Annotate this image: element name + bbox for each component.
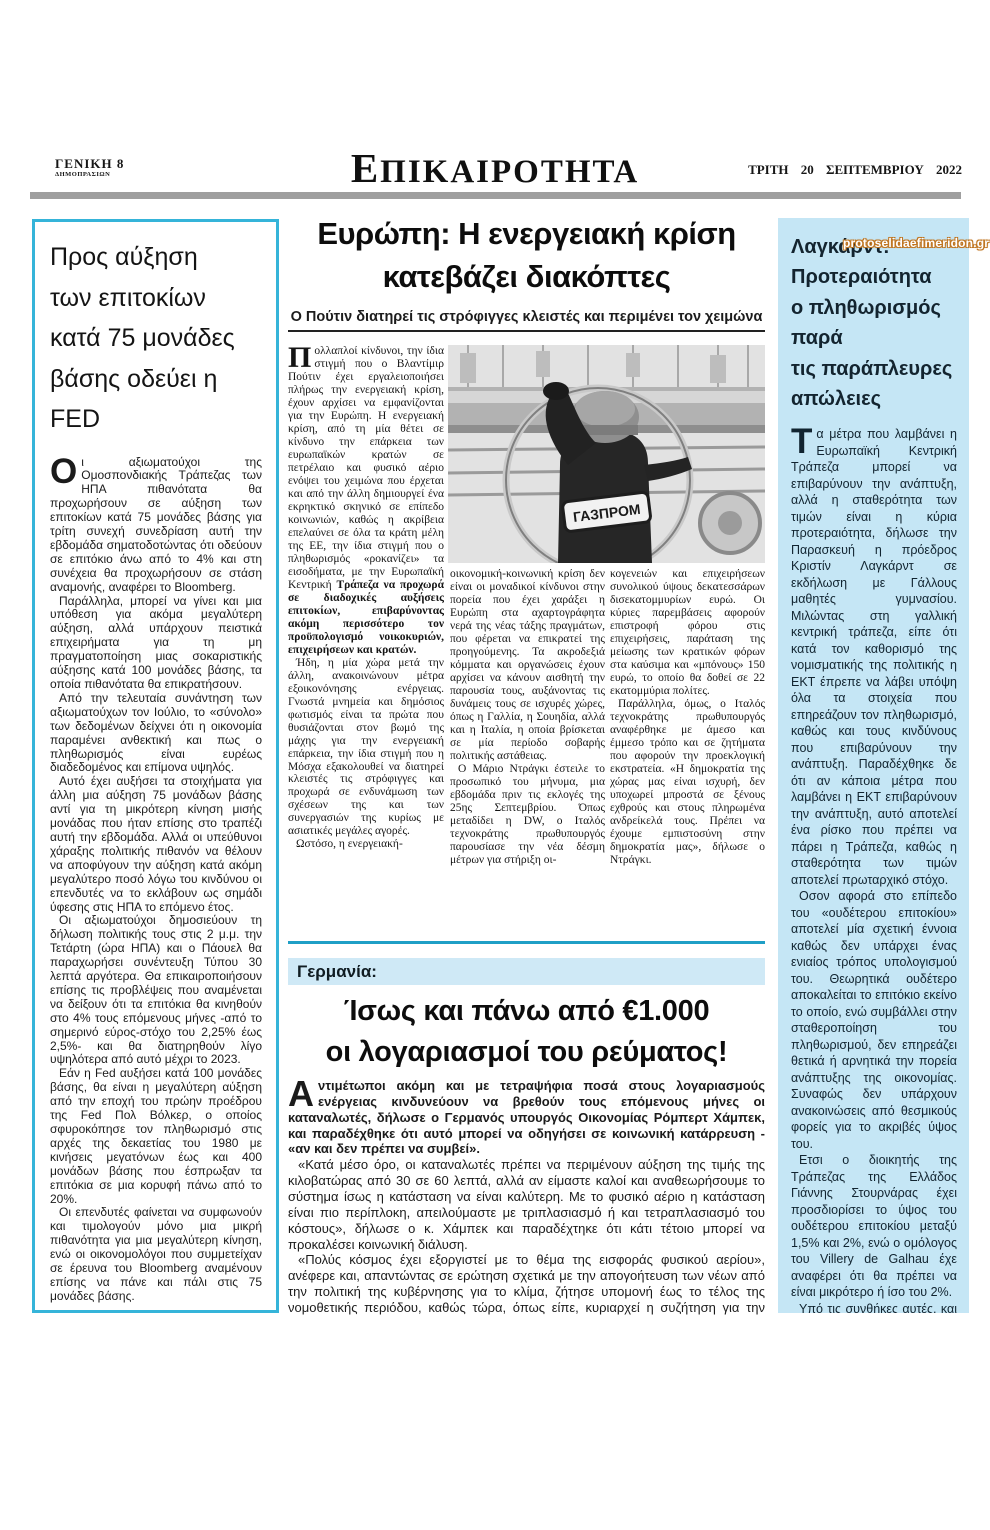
headline-line: απώλειες — [791, 388, 881, 410]
headline-line: Προτεραιότητα — [791, 266, 932, 288]
fed-headline: Προς αύξηση των επιτοκίων κατά 75 μονάδε… — [50, 237, 262, 440]
paragraph: οικονομική-κοινωνική κρίση δεν είναι οι … — [450, 568, 605, 763]
headline-line: παρά — [791, 327, 843, 349]
main-headline: Ευρώπη: Η ενεργειακή κρίση κατεβάζει δια… — [288, 213, 765, 299]
paragraph: κογενειών και επιχειρήσεων συνολικού ύψο… — [610, 568, 765, 698]
headline-line: οι λογαριασμοί του ρεύματος! — [326, 1036, 728, 1068]
paragraph-text: ντιμέτωποι ακόμη και με τετραψήφια ποσά … — [288, 1078, 765, 1156]
paragraph-text: ι αξιωματούχοι της Ομοσπονδιακής Τράπεζα… — [50, 455, 262, 594]
main-subhead: Ο Πούτιν διατηρεί τις στρόφιγγες κλειστέ… — [288, 309, 765, 332]
lagarde-sidebar: Λαγκάρντ: Προτεραιότητα ο πληθωρισμός πα… — [778, 218, 969, 1313]
gazprom-photo-illustration: ГАЗПРОМ — [448, 345, 765, 563]
paragraph-lead: Τα μέτρα που λαμβάνει η Ευρωπαϊκή Κεντρι… — [791, 426, 957, 888]
paragraph: Ο Μάριο Ντράγκι έστειλε το προσωπικό του… — [450, 763, 605, 867]
paragraph-text: ολλαπλοί κίνδυνοι, την ίδια στιγμή που ο… — [288, 345, 444, 591]
main-body-column-3: κογενειών και επιχειρήσεων συνολικού ύψο… — [610, 568, 765, 943]
gazprom-photo: ГАЗПРОМ — [448, 345, 765, 563]
paragraph: Ωστόσο, η ενεργειακή- — [288, 838, 444, 851]
germany-headline: Ίσως και πάνω από €1.000 οι λογαριασμοί … — [288, 991, 765, 1073]
paragraph: Οι επενδυτές φαίνεται να συμφωνούν και τ… — [50, 1206, 262, 1303]
headline-line: κατά 75 μονάδες — [50, 324, 235, 352]
paragraph: Αυτό έχει αυξήσει τα στοιχήματα για άλλη… — [50, 775, 262, 914]
germany-kicker-strip: Γερμανία: — [288, 958, 765, 985]
watermark-text: protoselidaefimeridon.gr — [843, 236, 989, 250]
main-body-column-1: Πολλαπλοί κίνδυνοι, την ίδια στιγμή που … — [288, 345, 444, 943]
germany-kicker: Γερμανία: — [297, 962, 377, 981]
drop-cap: Α — [288, 1080, 314, 1108]
headline-line: βάσης οδεύει η FED — [50, 365, 217, 434]
paragraph: Παράλληλα, όμως, ο Ιταλός τεχνοκράτης πρ… — [610, 698, 765, 867]
headline-line: τις παράπλευρες — [791, 358, 952, 380]
main-body-column-2: οικονομική-κοινωνική κρίση δεν είναι οι … — [450, 568, 605, 943]
header-divider — [30, 192, 961, 199]
paragraph-lead: Πολλαπλοί κίνδυνοι, την ίδια στιγμή που … — [288, 345, 444, 657]
section-divider — [288, 941, 765, 944]
headline-line: κατεβάζει διακόπτες — [383, 259, 671, 294]
headline-line: Ίσως και πάνω από €1.000 — [344, 995, 710, 1027]
drop-cap: Π — [288, 346, 311, 370]
drop-cap: Τ — [791, 428, 812, 455]
sidebar-headline: Λαγκάρντ: Προτεραιότητα ο πληθωρισμός πα… — [791, 232, 957, 414]
paragraph-lead: Οι αξιωματούχοι της Ομοσπονδιακής Τράπεζ… — [50, 456, 262, 595]
paragraph: Οσον αφορά στο επίπεδο του «ουδέτερου επ… — [791, 888, 957, 1152]
paragraph: Οι αξιωματούχοι δημοσιεύουν τη δήλωση πο… — [50, 914, 262, 1067]
paragraph: Εάν η Fed αυξήσει κατά 100 μονάδες βάσης… — [50, 1067, 262, 1206]
paragraph: Ετσι ο διοικητής της Τράπεζας της Ελλάδο… — [791, 1152, 957, 1301]
headline-line: Ευρώπη: Η ενεργειακή κρίση — [317, 216, 735, 251]
paragraph: Από την τελευταία συνάντηση των αξιωματο… — [50, 692, 262, 775]
drop-cap: Ο — [50, 458, 77, 485]
newspaper-page: { "header": { "section_label_line1": "ΓΕ… — [0, 0, 990, 1530]
paragraph-lead: Αντιμέτωποι ακόμη και με τετραψήφια ποσά… — [288, 1078, 765, 1157]
headline-line: των επιτοκίων — [50, 284, 206, 312]
headline-line: ο πληθωρισμός — [791, 297, 941, 319]
paragraph: «Πολύς κόσμος έχει εξοργιστεί με το θέμα… — [288, 1252, 765, 1318]
paragraph: Παράλληλα, μπορεί να γίνει και μια υπόθε… — [50, 595, 262, 692]
fed-article: Προς αύξηση των επιτοκίων κατά 75 μονάδε… — [32, 219, 279, 1313]
germany-body: Αντιμέτωποι ακόμη και με τετραψήφια ποσά… — [288, 1078, 765, 1318]
headline-line: Προς αύξηση — [50, 243, 198, 271]
paragraph-text: α μέτρα που λαμβάνει η Ευρωπαϊκή Κεντρικ… — [791, 427, 957, 887]
paragraph: Ήδη, η μία χώρα μετά την άλλη, ανακοινών… — [288, 657, 444, 839]
paragraph: «Κατά μέσο όρο, οι καταναλωτές πρέπει να… — [288, 1157, 765, 1252]
issue-date: ΤΡΙΤΗ 20 ΣΕΠΤΕΜΒΡΙΟΥ 2022 — [748, 162, 962, 178]
paragraph: Υπό τις συνθήκες αυτές, και την ανάπτυξη… — [791, 1301, 957, 1313]
